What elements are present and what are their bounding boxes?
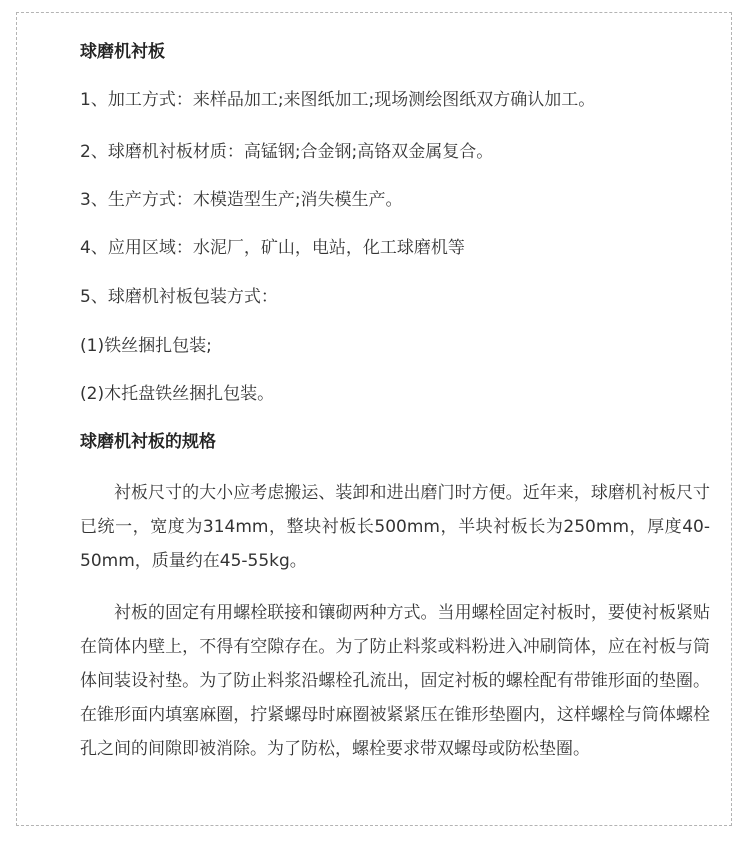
paragraph-dimensions: 衬板尺寸的大小应考虑搬运、装卸和进出磨门时方便。近年来，球磨机衬板尺寸已统一，宽… [80, 476, 710, 578]
spec-item-production: 3、生产方式：木模造型生产;消失模生产。 [80, 188, 403, 212]
spec-item-material: 2、球磨机衬板材质：高锰钢;合金钢;高铬双金属复合。 [80, 140, 493, 164]
packaging-option-1: (1)铁丝捆扎包装; [80, 334, 212, 358]
paragraph-fixing: 衬板的固定有用螺栓联接和镶砌两种方式。当用螺栓固定衬板时，要使衬板紧贴在筒体内壁… [80, 596, 710, 766]
section-title-specs: 球磨机衬板的规格 [80, 430, 216, 454]
section-title-liner: 球磨机衬板 [80, 40, 165, 64]
spec-item-processing: 1、加工方式：来样品加工;来图纸加工;现场测绘图纸双方确认加工。 [80, 88, 595, 112]
spec-item-application: 4、应用区域：水泥厂，矿山，电站，化工球磨机等 [80, 236, 465, 260]
spec-item-packaging: 5、球磨机衬板包装方式： [80, 285, 278, 309]
packaging-option-2: (2)木托盘铁丝捆扎包装。 [80, 382, 274, 406]
